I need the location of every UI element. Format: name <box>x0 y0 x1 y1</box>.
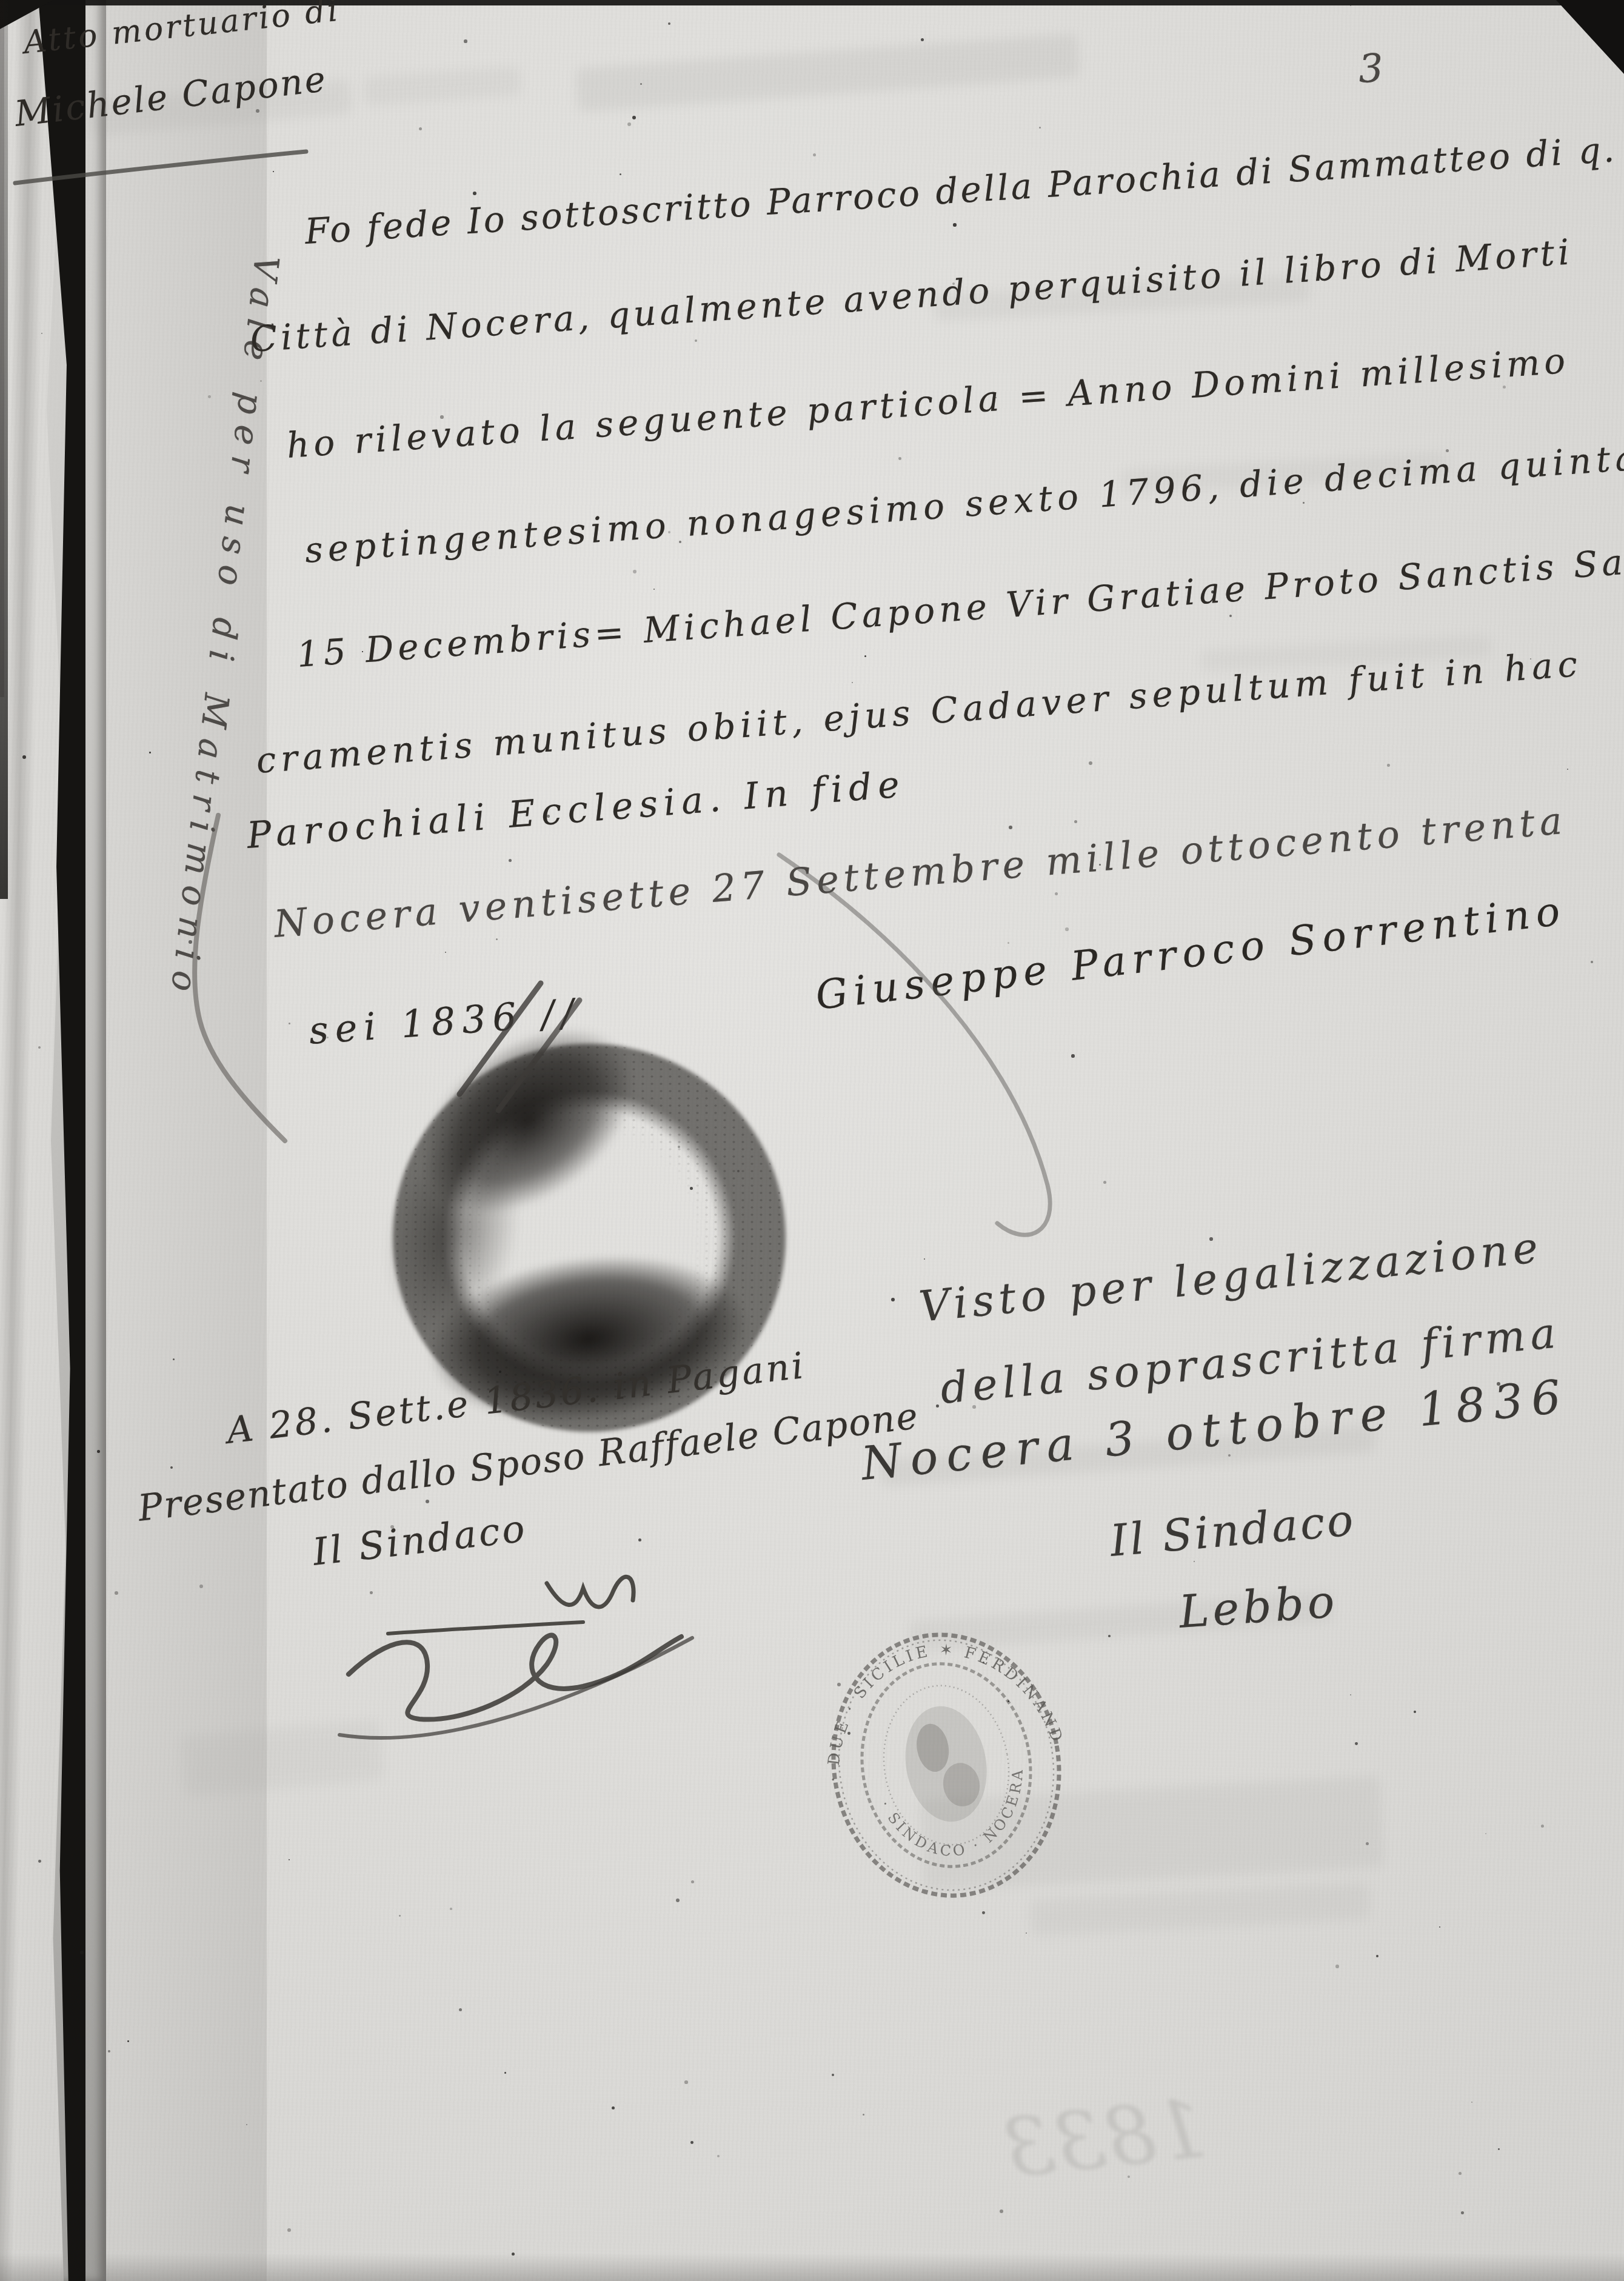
dust-speck <box>1074 820 1077 823</box>
dust-speck <box>653 589 655 590</box>
dust-speck <box>1229 615 1232 617</box>
dust-speck <box>676 1899 680 1902</box>
dust-speck <box>246 2124 247 2125</box>
dust-speck <box>1446 449 1449 452</box>
dust-speck <box>1497 1382 1500 1386</box>
dust-speck <box>189 940 192 944</box>
dust-speck <box>982 1911 985 1914</box>
dust-speck <box>327 1037 329 1038</box>
dust-speck <box>953 223 957 227</box>
dust-speck <box>1355 1742 1358 1745</box>
dust-speck <box>1228 1454 1231 1457</box>
dust-speck <box>1439 1926 1440 1928</box>
dust-speck <box>995 397 997 398</box>
dust-speck <box>972 1405 976 1409</box>
dust-speck <box>1089 761 1092 765</box>
dust-speck <box>445 952 446 953</box>
dust-speck <box>1530 658 1531 660</box>
dust-speck <box>71 1854 73 1856</box>
dust-speck <box>737 1170 740 1172</box>
dust-speck <box>668 22 670 25</box>
dust-speck <box>1366 1842 1369 1845</box>
dust-speck <box>1039 127 1041 129</box>
dust-speck <box>513 441 516 443</box>
dust-speck <box>440 415 444 419</box>
dust-speck <box>1498 2148 1500 2150</box>
dust-speck <box>1103 1181 1106 1184</box>
dust-speck <box>1548 576 1549 578</box>
dust-speck <box>450 1908 452 1910</box>
dust-speck <box>149 752 151 753</box>
dust-speck <box>632 116 636 119</box>
dust-speck <box>512 2253 515 2256</box>
dust-speck <box>370 1591 373 1594</box>
dust-speck <box>612 2106 615 2109</box>
dust-speck <box>362 651 363 652</box>
dust-speck <box>260 380 262 382</box>
dust-speck <box>38 1860 41 1863</box>
dust-speck <box>1071 1054 1075 1058</box>
dust-speck <box>1009 826 1012 829</box>
dust-speck <box>620 173 621 175</box>
dust-speck <box>499 1371 501 1373</box>
dust-speck <box>1108 1635 1111 1637</box>
dust-speck <box>717 2155 720 2157</box>
dust-speck <box>97 1450 100 1453</box>
dust-speck <box>1000 2209 1003 2213</box>
dust-speck <box>690 2141 693 2144</box>
dust-speck <box>504 2072 506 2074</box>
dust-speck <box>1209 1237 1213 1241</box>
dust-speck <box>898 457 901 460</box>
dust-speck <box>1350 5 1351 6</box>
dust-speck <box>1350 1694 1351 1695</box>
dust-speck <box>41 333 42 334</box>
dust-speck <box>170 1466 173 1469</box>
dust-speck <box>247 1434 249 1435</box>
dust-speck <box>289 1023 290 1024</box>
dust-speck <box>1128 2176 1130 2178</box>
dust-speck <box>127 2040 129 2042</box>
dust-speck <box>852 682 853 683</box>
dust-speck <box>256 109 259 113</box>
dust-speck <box>691 1880 694 1883</box>
dust-speck <box>208 395 211 398</box>
dust-speck <box>1065 927 1069 931</box>
dust-speck <box>924 1258 925 1260</box>
dust-speck <box>864 655 866 657</box>
dust-speck <box>509 859 512 862</box>
dust-speck <box>813 153 816 156</box>
dust-speck <box>1503 386 1506 389</box>
dust-speck <box>1459 2172 1462 2175</box>
dust-speck <box>983 1661 984 1663</box>
dust-speck <box>921 38 924 41</box>
dust-speck <box>679 541 681 543</box>
dust-speck <box>690 1187 693 1190</box>
dust-speck <box>1387 764 1390 767</box>
dust-speck <box>1026 1932 1027 1934</box>
dust-speck <box>478 536 480 538</box>
dust-speck <box>952 282 955 285</box>
dust-speck <box>936 1404 939 1408</box>
dust-speck <box>1007 1700 1009 1702</box>
dust-speck <box>59 802 60 803</box>
dust-speck <box>1007 942 1009 944</box>
dust-specks <box>0 0 1624 2281</box>
dust-speck <box>668 531 670 533</box>
dust-speck <box>419 127 422 130</box>
dust-speck <box>199 1585 203 1588</box>
dust-speck <box>1416 583 1419 586</box>
dust-speck <box>863 2114 864 2116</box>
dust-speck <box>695 339 697 342</box>
dust-speck <box>399 1915 401 1917</box>
dust-speck <box>38 1046 41 1049</box>
dust-speck <box>464 39 467 43</box>
dust-speck <box>22 755 26 759</box>
dust-speck <box>847 1732 850 1735</box>
dust-speck <box>678 1146 680 1148</box>
dust-speck <box>289 1859 290 1860</box>
dust-speck <box>1591 961 1593 963</box>
dust-speck <box>638 1538 641 1541</box>
dust-speck <box>1541 1825 1544 1828</box>
dust-speck <box>1335 1965 1339 1968</box>
dust-speck <box>640 83 642 85</box>
dust-speck <box>1333 1531 1337 1535</box>
dust-speck <box>496 938 498 940</box>
dust-speck <box>459 2008 462 2011</box>
dust-speck <box>1055 892 1058 895</box>
dust-speck <box>1414 1711 1416 1713</box>
dust-speck <box>1303 502 1305 504</box>
dust-speck <box>1485 1833 1486 1834</box>
dust-speck <box>837 1683 841 1686</box>
dust-speck <box>1376 1955 1378 1957</box>
dust-speck <box>547 815 550 818</box>
dust-speck <box>832 2074 834 2076</box>
dust-speck <box>1129 173 1130 174</box>
dust-speck <box>1211 590 1214 593</box>
scanned-death-record-page: Atto mortuario di Michele Capone 3 Vale … <box>0 0 1624 2281</box>
dust-speck <box>891 1298 895 1301</box>
dust-speck <box>273 171 274 172</box>
dust-speck <box>684 2080 688 2084</box>
dust-speck <box>1099 864 1101 866</box>
dust-speck <box>287 2228 291 2232</box>
dust-speck <box>426 1500 429 1503</box>
dust-speck <box>173 1358 175 1360</box>
dust-speck <box>473 192 476 195</box>
dust-speck <box>115 1591 118 1595</box>
dust-speck <box>1567 769 1568 770</box>
dust-speck <box>1471 2102 1472 2103</box>
dust-speck <box>633 570 637 573</box>
dust-speck <box>80 1951 84 1954</box>
dust-speck <box>627 122 631 126</box>
dust-speck <box>1194 1561 1195 1562</box>
dust-speck <box>390 1525 394 1529</box>
dust-speck <box>108 2050 110 2052</box>
dust-speck <box>1461 2211 1464 2214</box>
